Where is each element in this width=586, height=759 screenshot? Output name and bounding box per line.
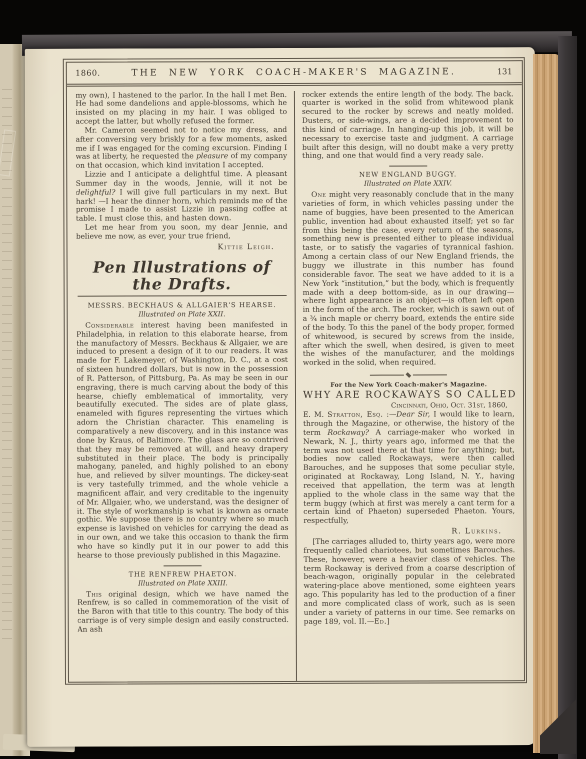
renfrew-article-body: This original design, which we have name… — [77, 590, 289, 635]
renfrew-plate-caption: Illustrated on Plate XXIII. — [77, 579, 289, 588]
text-columns: my own), I hastened to the parlor. In th… — [66, 85, 523, 682]
page-border-inner: 1860. THE NEW YORK COACH-MAKER'S MAGAZIN… — [65, 60, 524, 683]
ornament-line — [413, 375, 447, 376]
running-head-year: 1860. — [75, 68, 127, 77]
book-cover-corner — [540, 690, 576, 754]
paragraph: One might very reasonably conclude that … — [302, 190, 514, 368]
left-column: my own), I hastened to the parlor. In th… — [75, 90, 296, 681]
section-heading-blackletter: Pen Illustrations of the Drafts. — [76, 258, 288, 293]
rockaways-letter-body: E. M. Stratton, Esq. :—Dear Sir, I would… — [303, 410, 515, 526]
ornament-divider — [303, 372, 515, 378]
photographed-book-scene: 1860. THE NEW YORK COACH-MAKER'S MAGAZIN… — [0, 0, 586, 759]
paragraph: Mr. Cameron seemed not to notice my dres… — [76, 126, 288, 171]
hearse-plate-caption: Illustrated on Plate XXII. — [76, 310, 288, 319]
renfrew-article-heading: THE RENFREW PHAETON. — [77, 570, 289, 579]
ornament-diamond-icon — [406, 372, 412, 378]
right-column: rocker extends the entire length of the … — [295, 90, 516, 681]
ornament-line — [370, 375, 404, 376]
paragraph: Considerable interest having been manife… — [76, 321, 288, 561]
running-head-title: THE NEW YORK COACH-MAKER'S MAGAZINE. — [127, 67, 460, 78]
letter-signature: Kittie Leigh. — [76, 242, 288, 252]
paragraph: rocker extends the entire length of the … — [302, 90, 514, 161]
magazine-page: 1860. THE NEW YORK COACH-MAKER'S MAGAZIN… — [25, 47, 537, 747]
paragraph: E. M. Stratton, Esq. :—Dear Sir, I would… — [303, 410, 515, 526]
hearse-article-heading: MESSRS. BECKHAUS & ALLGAIER'S HEARSE. — [76, 301, 288, 310]
paragraph: Let me hear from you soon, my dear Jenni… — [76, 223, 288, 241]
book-fore-edge — [533, 54, 560, 753]
buggy-article-body: One might very reasonably conclude that … — [302, 190, 514, 368]
letter-conclusion: my own), I hastened to the parlor. In th… — [75, 90, 287, 241]
rockaways-kicker: For the New York Coach-maker's Magazine. — [303, 381, 515, 389]
buggy-article-heading: NEW ENGLAND BUGGY. — [302, 170, 514, 179]
section-divider — [164, 565, 202, 566]
paragraph: [The carriages alluded to, thirty years … — [303, 537, 515, 626]
book-cover-edge — [558, 36, 577, 759]
buggy-plate-caption: Illustrated on Plate XXIV. — [302, 179, 514, 188]
page-border: 1860. THE NEW YORK COACH-MAKER'S MAGAZIN… — [63, 57, 527, 685]
paragraph: This original design, which we have name… — [77, 590, 289, 635]
section-divider — [389, 166, 427, 167]
section-heading-rule — [77, 295, 287, 297]
continuation-body: rocker extends the entire length of the … — [302, 90, 514, 161]
editor-note: [The carriages alluded to, thirty years … — [303, 537, 515, 626]
hearse-article-body: Considerable interest having been manife… — [76, 321, 288, 561]
rockaways-heading: WHY ARE ROCKAWAYS SO CALLED? — [303, 389, 515, 401]
adjacent-page-sketch-fragment — [0, 129, 16, 176]
paragraph: Lizzie and I anticipate a delightful tim… — [76, 170, 288, 224]
paragraph: my own), I hastened to the parlor. In th… — [75, 90, 287, 126]
running-head: 1860. THE NEW YORK COACH-MAKER'S MAGAZIN… — [66, 61, 521, 82]
rockaways-signature: R. Lurkins. — [303, 526, 515, 536]
page-number: 131 — [460, 67, 512, 76]
